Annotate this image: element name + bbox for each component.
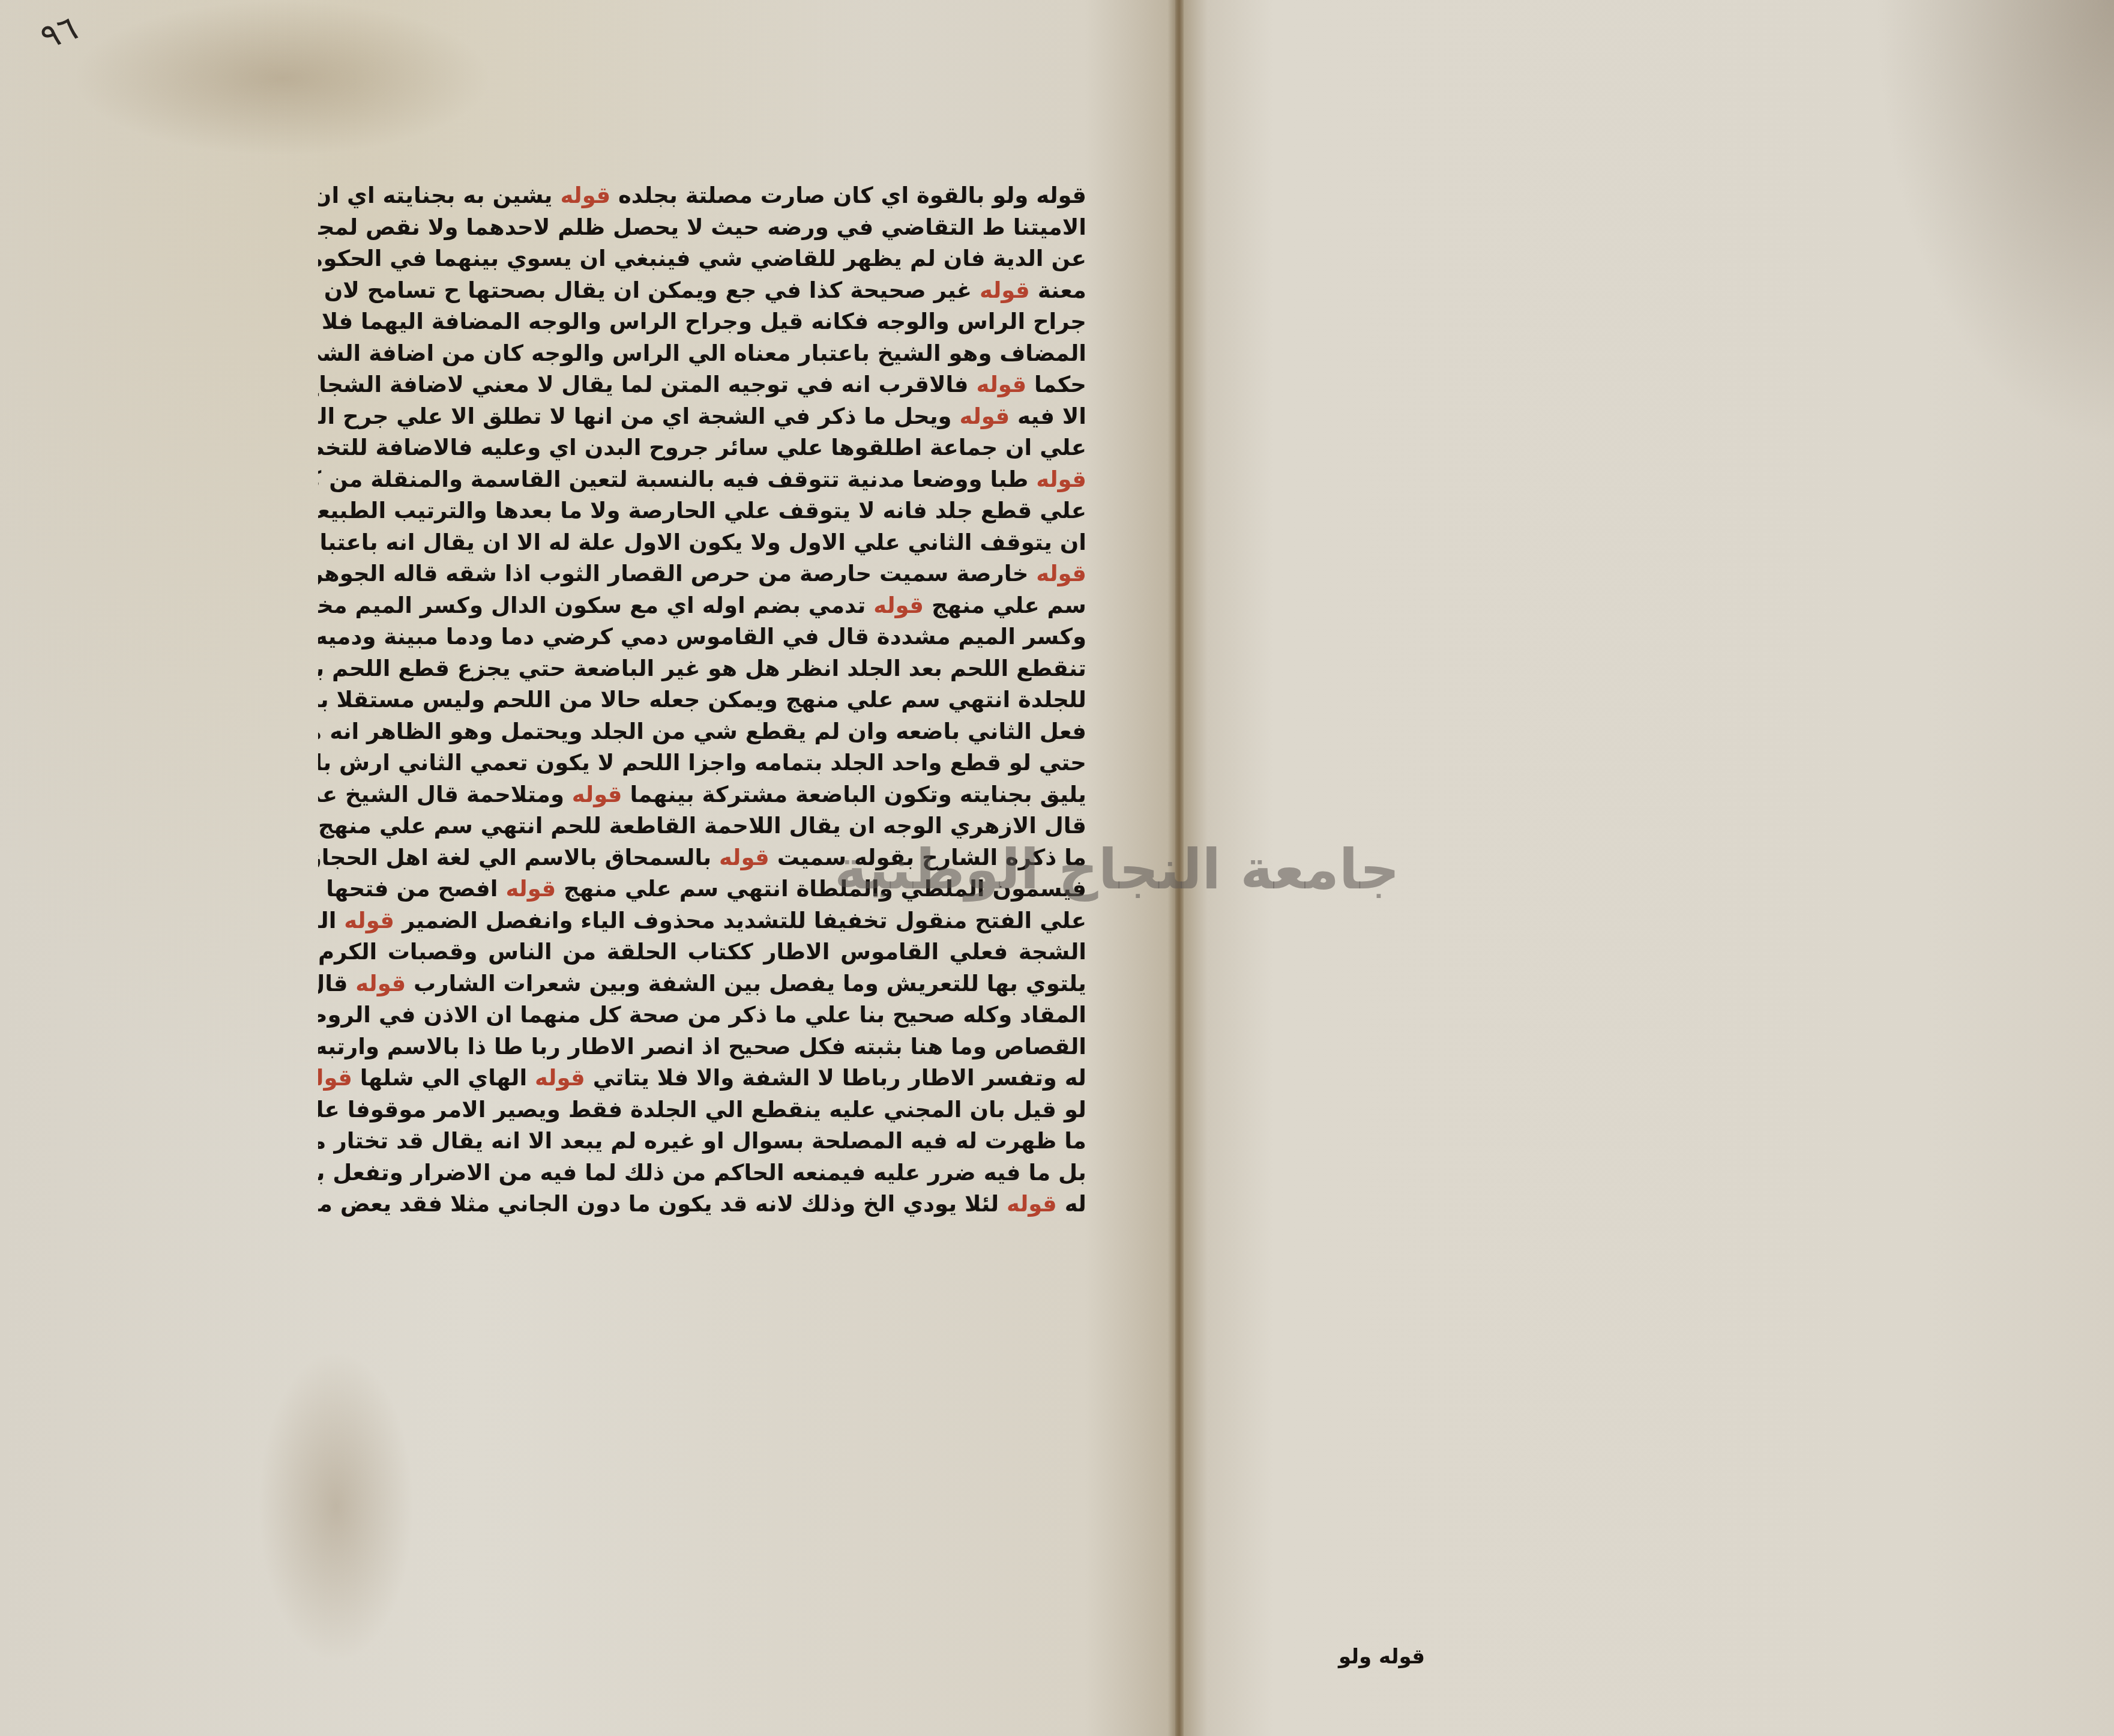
manuscript-line: بل ما فيه ضرر عليه فيمنعه الحاكم من ذلك … bbox=[318, 1157, 1086, 1189]
manuscript-line: لو قيل بان المجني عليه ينقطع الي الجلدة … bbox=[318, 1094, 1086, 1126]
line-text: غير صحيحة كذا في جع ويمكن ان يقال بصحتها… bbox=[318, 277, 980, 303]
left-page: ٩٦ قوله ولو بالقوة اي كان صارت مصلتة بجل… bbox=[0, 0, 1179, 1736]
manuscript-line: فعل الثاني باضعه وان لم يقطع شي من الجلد… bbox=[318, 716, 1086, 748]
manuscript-line: ما ظهرت له فيه المصلحة بسوال او غيره لم … bbox=[318, 1126, 1086, 1157]
rubric-qawluhu: قوله bbox=[505, 876, 556, 902]
manuscript-line: وكسر الميم مشددة قال في القاموس دمي كرضي… bbox=[318, 621, 1086, 653]
line-text: بالسمحاق بالاسم الي لغة اهل الحجاز واما … bbox=[318, 845, 719, 870]
line-text: يشين به بجنايته اي ان عرفت bbox=[318, 182, 560, 208]
manuscript-line: قال الازهري الوجه ان يقال اللاحمة القاطع… bbox=[318, 810, 1086, 842]
paper-stain bbox=[258, 1351, 414, 1663]
line-text: قال الازهري الوجه ان يقال اللاحمة القاطع… bbox=[318, 813, 1086, 839]
rubric-qawluhu: قوله bbox=[980, 277, 1030, 303]
rubric-qawluhu: قوله bbox=[959, 403, 1010, 429]
folio-number: ٩٦ bbox=[35, 8, 83, 58]
line-text: بل ما فيه ضرر عليه فيمنعه الحاكم من ذلك … bbox=[318, 1160, 1086, 1186]
manuscript-line: القصاص وما هنا بثبته فكل صحيح اذ انصر ال… bbox=[318, 1031, 1086, 1063]
line-text: معنة bbox=[1030, 277, 1086, 303]
rubric-qawluhu: قوله bbox=[318, 1065, 352, 1091]
manuscript-line: ان يتوقف الثاني علي الاول ولا يكون الاول… bbox=[318, 527, 1086, 559]
manuscript-line: الا فيه قوله ويحل ما ذكر في الشجة اي من … bbox=[318, 401, 1086, 433]
rubric-qawluhu: قوله bbox=[560, 182, 610, 208]
line-text: خارصة سميت حارصة من حرص القصار الثوب اذا… bbox=[318, 561, 1036, 586]
rubric-qawluhu: قوله bbox=[535, 1065, 585, 1091]
line-text: قوله ولو بالقوة اي كان صارت مصلتة بجلده bbox=[610, 182, 1086, 208]
line-text: سم علي منهج bbox=[924, 592, 1086, 618]
line-text: المقاد وكله صحيح بنا علي ما ذكر من صحة ك… bbox=[318, 1002, 1086, 1028]
manuscript-line: له قوله لئلا يودي الخ وذلك لانه قد يكون … bbox=[318, 1189, 1086, 1220]
manuscript-line: معنة قوله غير صحيحة كذا في جع ويمكن ان ي… bbox=[318, 275, 1086, 307]
line-text: يلتوي بها للتعريش وما يفصل بين الشفة وبي… bbox=[406, 971, 1086, 996]
line-text: الا فيه bbox=[1010, 403, 1086, 429]
line-text: لئلا يودي الخ وذلك لانه قد يكون ما دون ا… bbox=[318, 1191, 1007, 1217]
line-text: الشجة فعلي القاموس الاطار ككتاب الحلقة م… bbox=[318, 939, 1086, 965]
book-spine bbox=[1175, 0, 1184, 1736]
line-text: ما ظهرت له فيه المصلحة بسوال او غيره لم … bbox=[318, 1128, 1086, 1154]
line-text: فيسمون الملطي والملطاة انتهي سم علي منهج bbox=[556, 876, 1086, 902]
rubric-qawluhu: قوله bbox=[1036, 466, 1086, 492]
rubric-qawluhu: قوله bbox=[873, 592, 924, 618]
manuscript-line: علي قطع جلد فانه لا يتوقف علي الحارصة ول… bbox=[318, 495, 1086, 527]
line-text: عن الدية فان لم يظهر للقاضي شي فينبغي ان… bbox=[318, 246, 1086, 271]
line-text: ما ذكره الشارح بقوله سميت bbox=[769, 845, 1086, 870]
manuscript-line: للجلدة انتهي سم علي منهج ويمكن جعله حالا… bbox=[318, 684, 1086, 716]
manuscript-line: تنقطع اللحم بعد الجلد انظر هل هو غير الب… bbox=[318, 653, 1086, 685]
rubric-qawluhu: قوله bbox=[572, 782, 622, 807]
line-text: المضاف وهو الشيخ باعتبار معناه الي الراس… bbox=[318, 340, 1086, 366]
paper-stain bbox=[72, 0, 492, 156]
line-text: جراح الراس والوجه فكانه قيل وجراح الراس … bbox=[318, 309, 1086, 334]
manuscript-line: قوله خارصة سميت حارصة من حرص القصار الثو… bbox=[318, 558, 1086, 590]
line-text: وكسر الميم مشددة قال في القاموس دمي كرضي… bbox=[318, 624, 1086, 649]
manuscript-line: ما ذكره الشارح بقوله سميت قوله بالسمحاق … bbox=[318, 842, 1086, 874]
rubric-qawluhu: قوله bbox=[1036, 561, 1086, 586]
line-text: الهاي الي شلها bbox=[352, 1065, 535, 1091]
rubric-qawluhu: قوله bbox=[344, 908, 394, 933]
manuscript-line: الشجة فعلي القاموس الاطار ككتاب الحلقة م… bbox=[318, 936, 1086, 968]
manuscript-line: سم علي منهج قوله تدمي بضم اوله اي مع سكو… bbox=[318, 590, 1086, 622]
catchword: قوله ولو bbox=[1339, 1645, 1425, 1669]
line-text: للجلدة انتهي سم علي منهج ويمكن جعله حالا… bbox=[318, 687, 1086, 713]
line-text: حكما bbox=[1026, 372, 1086, 397]
rubric-qawluhu: قوله bbox=[355, 971, 406, 996]
line-text: فالاقرب انه في توجيه المتن لما يقال لا م… bbox=[318, 372, 976, 397]
manuscript-line: الاميتنا ط التقاضي في ورضه حيث لا يحصل ظ… bbox=[318, 212, 1086, 244]
manuscript-line: قوله ولو بالقوة اي كان صارت مصلتة بجلده … bbox=[318, 180, 1086, 212]
line-text: علي الفتح منقول تخفيفا للتشديد محذوف الي… bbox=[394, 908, 1086, 933]
rubric-qawluhu: قوله bbox=[976, 372, 1026, 397]
manuscript-spread: ٩٦ قوله ولو بالقوة اي كان صارت مصلتة بجل… bbox=[0, 0, 2114, 1736]
manuscript-line: عن الدية فان لم يظهر للقاضي شي فينبغي ان… bbox=[318, 243, 1086, 275]
rubric-qawluhu: قوله bbox=[719, 845, 769, 870]
manuscript-line: قوله طبا ووضعا مدنية تتوقف فيه بالنسبة ل… bbox=[318, 464, 1086, 496]
line-text: له bbox=[1057, 1191, 1086, 1217]
manuscript-line: يلتوي بها للتعريش وما يفصل بين الشفة وبي… bbox=[318, 968, 1086, 1000]
line-text: فعل الثاني باضعه وان لم يقطع شي من الجلد… bbox=[318, 719, 1086, 744]
line-text: افصح من فتحها ولعل المعني bbox=[318, 876, 505, 902]
manuscript-line: علي ان جماعة اطلقوها علي سائر جروح البدن… bbox=[318, 432, 1086, 464]
line-text: طبا ووضعا مدنية تتوقف فيه بالنسبة لتعين … bbox=[318, 466, 1036, 492]
manuscript-line: حكما قوله فالاقرب انه في توجيه المتن لما… bbox=[318, 369, 1086, 401]
line-text: علي قطع جلد فانه لا يتوقف علي الحارصة ول… bbox=[318, 498, 1086, 523]
line-text: يليق بجنايته وتكون الباضعة مشتركة بينهما bbox=[622, 782, 1086, 807]
manuscript-line: حتي لو قطع واحد الجلد بتمامه واجزا اللحم… bbox=[318, 747, 1086, 779]
line-text: القصاص وما هنا بثبته فكل صحيح اذ انصر ال… bbox=[318, 1034, 1086, 1059]
manuscript-line: المضاف وهو الشيخ باعتبار معناه الي الراس… bbox=[318, 338, 1086, 370]
line-text: علي ان جماعة اطلقوها علي سائر جروح البدن… bbox=[318, 435, 1086, 460]
left-page-text: قوله ولو بالقوة اي كان صارت مصلتة بجلده … bbox=[318, 180, 1086, 1220]
line-text: تدمي بضم اوله اي مع سكون الدال وكسر المي… bbox=[318, 592, 873, 618]
rubric-qawluhu: قوله bbox=[1007, 1191, 1057, 1217]
line-text: ان يتوقف الثاني علي الاول ولا يكون الاول… bbox=[318, 529, 1086, 555]
manuscript-line: له وتفسر الاطار رباطا لا الشفة والا فلا … bbox=[318, 1062, 1086, 1094]
right-page: اذا كانت اقل سا والنظيره من المسلم واما … bbox=[1179, 0, 2114, 1736]
line-text: ويحل ما ذكر في الشجة اي من انها لا تطلق … bbox=[318, 403, 959, 429]
line-text: حتي لو قطع واحد الجلد بتمامه واجزا اللحم… bbox=[318, 750, 1086, 776]
line-text: لو قيل بان المجني عليه ينقطع الي الجلدة … bbox=[318, 1097, 1086, 1123]
manuscript-line: جراح الراس والوجه فكانه قيل وجراح الراس … bbox=[318, 306, 1086, 338]
line-text: له وتفسر الاطار رباطا لا الشفة والا فلا … bbox=[585, 1065, 1086, 1091]
manuscript-line: يليق بجنايته وتكون الباضعة مشتركة بينهما… bbox=[318, 779, 1086, 811]
manuscript-line: المقاد وكله صحيح بنا علي ما ذكر من صحة ك… bbox=[318, 999, 1086, 1031]
line-text: قال ابن bbox=[318, 971, 355, 996]
line-text: الاميتنا ط التقاضي في ورضه حيث لا يحصل ظ… bbox=[318, 214, 1086, 240]
manuscript-line: علي الفتح منقول تخفيفا للتشديد محذوف الي… bbox=[318, 905, 1086, 937]
line-text: المحيط بها اي باعلي bbox=[318, 908, 344, 933]
line-text: ومتلاحمة قال الشيخ عميرة bbox=[318, 782, 572, 807]
line-text: تنقطع اللحم بعد الجلد انظر هل هو غير الب… bbox=[318, 656, 1086, 681]
manuscript-line: فيسمون الملطي والملطاة انتهي سم علي منهج… bbox=[318, 873, 1086, 905]
